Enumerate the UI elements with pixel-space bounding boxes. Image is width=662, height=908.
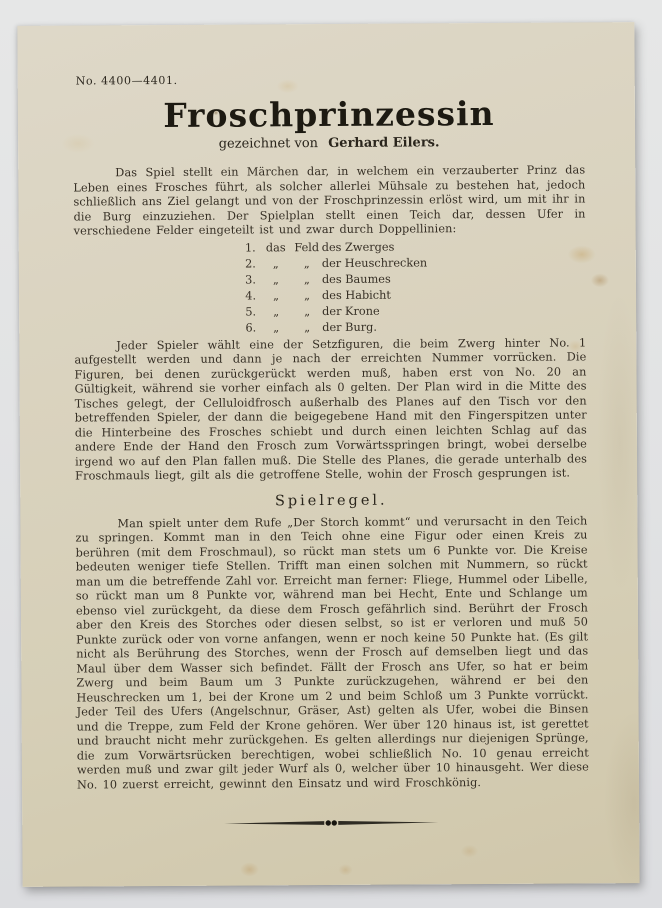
ditto-mark: „ xyxy=(260,320,292,336)
ditto-mark: „ xyxy=(292,320,322,336)
field-number: 3. xyxy=(238,272,260,288)
ditto-mark: „ xyxy=(260,288,292,304)
field-label: des Baumes xyxy=(322,270,586,288)
fields-list: 1. das Feld des Zwerges 2. „ „ der Heusc… xyxy=(238,238,587,336)
setup-paragraph: Jeder Spieler wählt eine der Setzfiguren… xyxy=(74,336,587,484)
byline: gezeichnet von Gerhard Eilers. xyxy=(73,134,585,152)
section-heading: Spielregel. xyxy=(75,491,587,510)
paper-sheet: No. 4400—4401. Froschprinzessin gezeichn… xyxy=(17,22,639,887)
field-word: das xyxy=(260,240,292,256)
ditto-mark: „ xyxy=(292,272,322,288)
photo-background: No. 4400—4401. Froschprinzessin gezeichn… xyxy=(0,0,662,908)
field-number: 2. xyxy=(238,256,260,272)
rules-paragraph: Man spielt unter dem Rufe „Der Storch ko… xyxy=(75,514,589,793)
field-number: 6. xyxy=(238,320,260,336)
document-content: No. 4400—4401. Froschprinzessin gezeichn… xyxy=(17,22,639,887)
ditto-mark: „ xyxy=(260,256,292,272)
page-title: Froschprinzessin xyxy=(73,93,585,135)
byline-author: Gerhard Eilers. xyxy=(328,135,439,151)
field-label: der Heuschrecken xyxy=(322,254,586,272)
ditto-mark: „ xyxy=(292,304,322,320)
field-word: Feld xyxy=(292,240,322,256)
ditto-mark: „ xyxy=(260,304,292,320)
field-label: der Burg. xyxy=(322,318,586,336)
ditto-mark: „ xyxy=(292,288,322,304)
field-number: 4. xyxy=(238,288,260,304)
intro-paragraph: Das Spiel stellt ein Märchen dar, in wel… xyxy=(73,163,585,239)
divider-ornament-icon xyxy=(22,812,639,835)
field-label: des Zwerges xyxy=(322,238,586,256)
byline-prefix: gezeichnet von xyxy=(219,136,318,152)
catalog-number: No. 4400—4401. xyxy=(76,71,585,87)
field-label: des Habicht xyxy=(322,286,586,304)
field-number: 5. xyxy=(238,304,260,320)
field-label: der Krone xyxy=(322,302,586,320)
ditto-mark: „ xyxy=(292,256,322,272)
list-item: 6. „ „ der Burg. xyxy=(238,318,586,336)
ditto-mark: „ xyxy=(260,272,292,288)
field-number: 1. xyxy=(238,240,260,256)
